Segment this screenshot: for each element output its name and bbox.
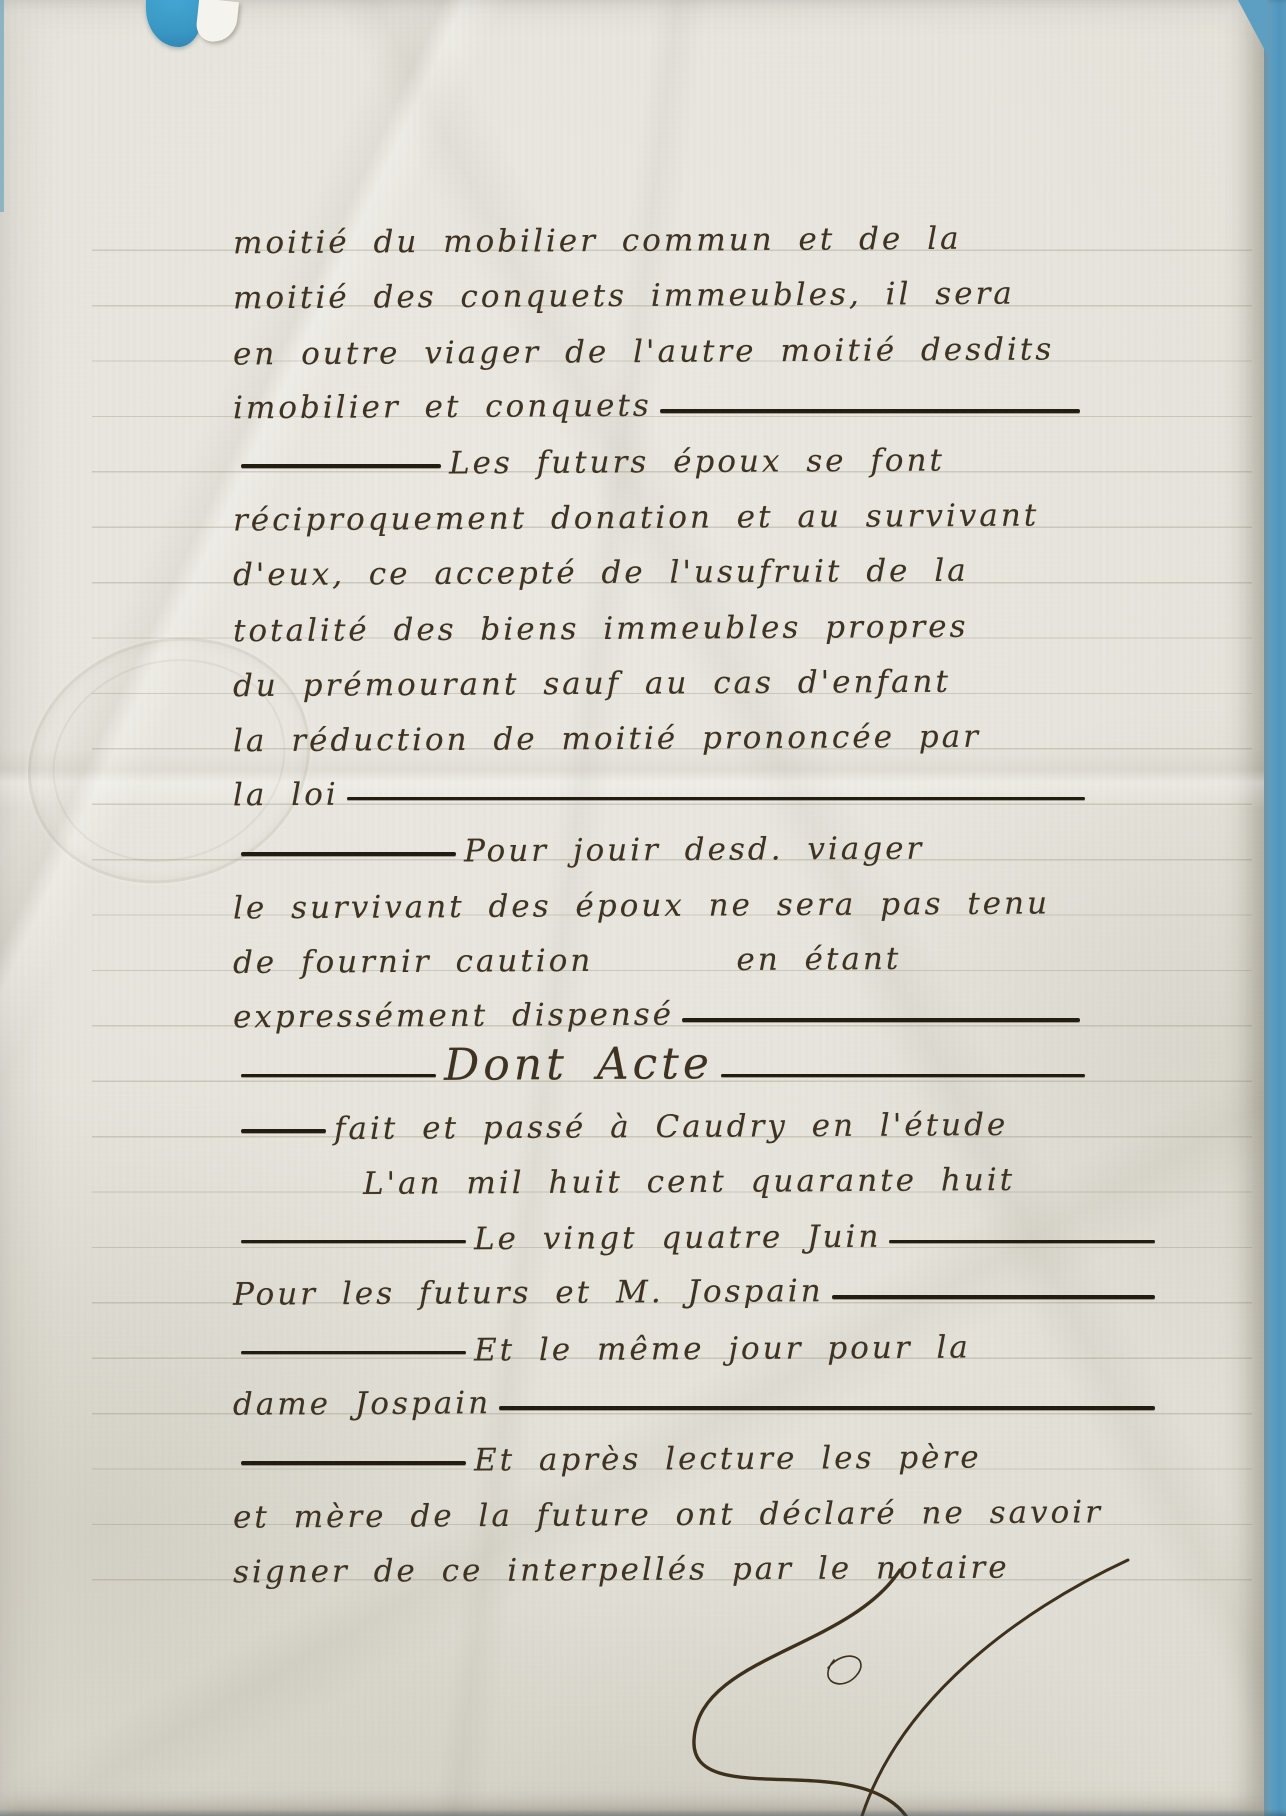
- handwritten-text: signer de ce interpellés par le notaire: [233, 1552, 1010, 1589]
- manuscript-line: Le vingt quatre Juin: [233, 1199, 1163, 1254]
- handwritten-text: de fournir caution en étant: [233, 943, 902, 980]
- handwritten-text: d'eux, ce accepté de l'usufruit de la: [233, 555, 969, 592]
- handwritten-text: du prémourant sauf au cas d'enfant: [233, 666, 951, 703]
- handwritten-text: Le vingt quatre Juin: [474, 1221, 882, 1256]
- manuscript-line: expressément dispensé: [233, 977, 1163, 1032]
- handwritten-text: Les futurs époux se font: [449, 445, 945, 481]
- handwritten-text: totalité des biens immeubles propres: [233, 610, 969, 647]
- handwritten-text: Pour les futurs et M. Jospain: [233, 1275, 824, 1311]
- handwritten-text: imobilier et conquets: [233, 390, 652, 425]
- manuscript-line: le survivant des époux ne sera pas tenu: [233, 867, 1163, 922]
- filler-rule: [499, 1406, 1155, 1410]
- manuscript-line: la réduction de moitié prononcée par: [233, 701, 1163, 756]
- filler-rule: [832, 1295, 1155, 1299]
- handwritten-text: Dont Acte: [444, 1041, 713, 1089]
- handwritten-text: Pour jouir desd. viager: [464, 833, 925, 868]
- handwritten-text: la loi: [233, 778, 339, 811]
- filler-rule: [241, 1129, 326, 1133]
- filler-rule: [347, 797, 1085, 801]
- handwritten-text: Et après lecture les père: [474, 1442, 982, 1478]
- filler-rule: [660, 409, 1080, 413]
- filler-rule: [682, 1018, 1080, 1022]
- manuscript-line: moitié des conquets immeubles, il sera: [233, 257, 1163, 312]
- handwritten-text: réciproquement donation et au survivant: [233, 499, 1039, 536]
- handwritten-text: et mère de la future ont déclaré ne savo…: [233, 1496, 1103, 1534]
- handwritten-text: dame Jospain: [233, 1387, 491, 1421]
- filler-rule: [889, 1240, 1155, 1244]
- manuscript-lines: moitié du mobilier commun et de lamoitié…: [233, 202, 1163, 1587]
- handwritten-text: expressément dispensé: [233, 999, 674, 1034]
- manuscript-line: imobilier et conquets: [233, 368, 1163, 423]
- manuscript-line: signer de ce interpellés par le notaire: [233, 1531, 1163, 1586]
- handwritten-text: moitié du mobilier commun et de la: [233, 223, 962, 260]
- manuscript-line: Dont Acte: [233, 1033, 1163, 1088]
- manuscript-line: Pour jouir desd. viager: [233, 811, 1163, 866]
- manuscript-line: d'eux, ce accepté de l'usufruit de la: [233, 534, 1163, 589]
- filler-rule: [241, 1074, 436, 1078]
- filler-rule: [241, 852, 456, 856]
- manuscript-line: dame Jospain: [233, 1365, 1163, 1420]
- handwritten-text: moitié des conquets immeubles, il sera: [233, 278, 1015, 315]
- handwritten-text: L'an mil huit cent quarante huit: [363, 1164, 1015, 1201]
- manuscript-line: fait et passé à Caudry en l'étude: [233, 1088, 1163, 1143]
- manuscript-line: L'an mil huit cent quarante huit: [233, 1144, 1163, 1199]
- manuscript-line: totalité des biens immeubles propres: [233, 590, 1163, 645]
- manuscript-line: du prémourant sauf au cas d'enfant: [233, 645, 1163, 700]
- manuscript-line: et mère de la future ont déclaré ne savo…: [233, 1476, 1163, 1531]
- scanner-background-left-sliver: [0, 0, 4, 212]
- manuscript-line: moitié du mobilier commun et de la: [233, 202, 1163, 257]
- filler-rule: [241, 464, 441, 468]
- manuscript-line: en outre viager de l'autre moitié desdit…: [233, 313, 1163, 368]
- manuscript-line: Les futurs époux se font: [233, 424, 1163, 479]
- manuscript-line: la loi: [233, 756, 1163, 811]
- handwritten-text: Et le même jour pour la: [474, 1331, 971, 1367]
- handwritten-text: la réduction de moitié prononcée par: [233, 721, 981, 758]
- manuscript-line: réciproquement donation et au survivant: [233, 479, 1163, 534]
- handwritten-text: en outre viager de l'autre moitié desdit…: [233, 333, 1054, 371]
- manuscript-line: de fournir caution en étant: [233, 922, 1163, 977]
- scanned-manuscript-page: { "document": { "description_label": "Ha…: [0, 0, 1286, 1816]
- paper-bottom-edge-shadow: [0, 1809, 1286, 1816]
- paper-sheet: moitié du mobilier commun et de lamoitié…: [0, 0, 1266, 1816]
- handwritten-text: le survivant des époux ne sera pas tenu: [233, 887, 1050, 925]
- manuscript-line: Et le même jour pour la: [233, 1310, 1163, 1365]
- filler-rule: [721, 1074, 1085, 1078]
- scanner-background-right-strip: [1264, 0, 1286, 1816]
- manuscript-line: Et après lecture les père: [233, 1421, 1163, 1476]
- filler-rule: [241, 1461, 466, 1465]
- filler-rule: [241, 1351, 466, 1355]
- filler-rule: [241, 1240, 466, 1244]
- manuscript-line: Pour les futurs et M. Jospain: [233, 1254, 1163, 1309]
- handwritten-text: fait et passé à Caudry en l'étude: [334, 1109, 1008, 1146]
